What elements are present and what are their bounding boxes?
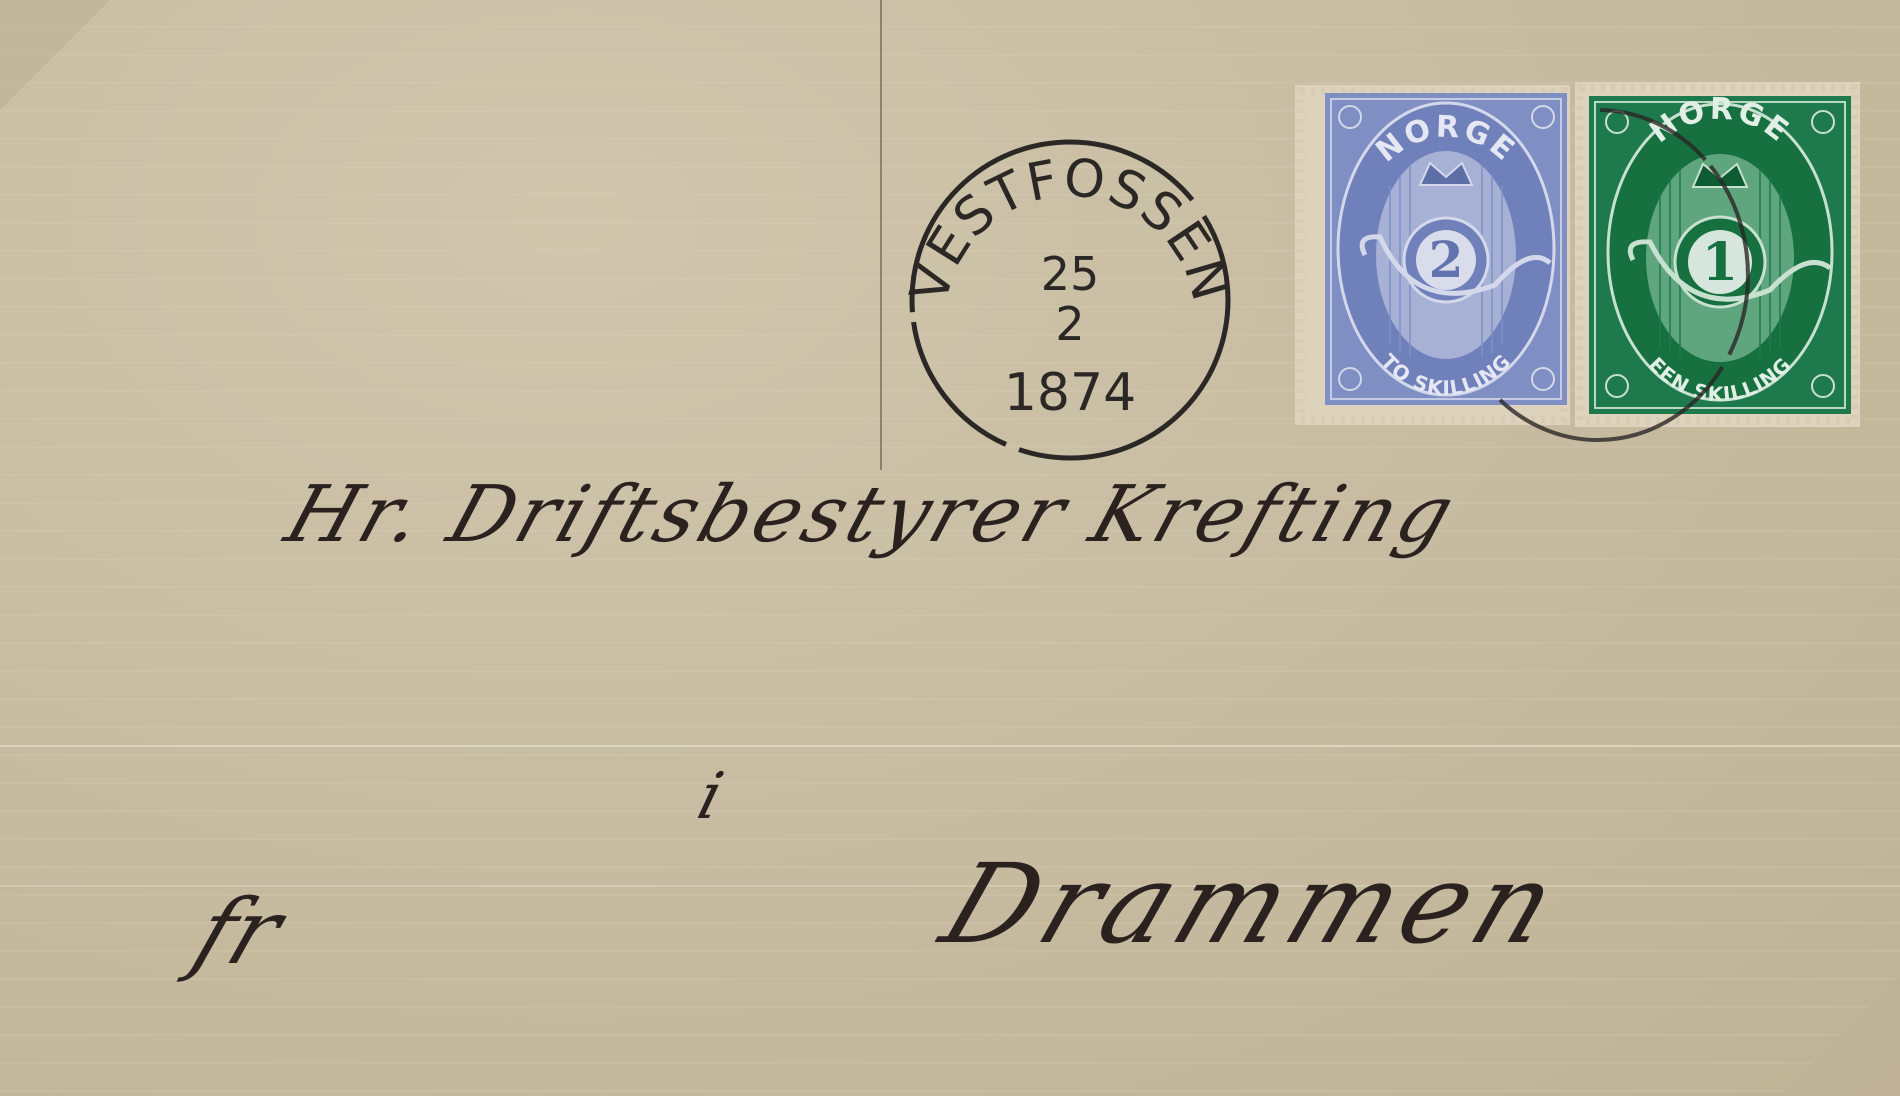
postmark-month: 2 xyxy=(1055,297,1084,351)
recipient-name: Hr. Driftsbestyrer Krefting xyxy=(275,470,1468,560)
postmark-strike-on-stamps xyxy=(1440,100,1770,450)
postmark-year: 1874 xyxy=(1004,363,1136,423)
folded-corner-top-left xyxy=(0,0,140,140)
address-line-1: Hr. Driftsbestyrer Krefting xyxy=(275,470,1468,560)
paper-fold xyxy=(880,0,882,470)
paper-fold xyxy=(0,745,1900,747)
destination-city: Drammen xyxy=(927,840,1581,968)
postmark-day: 25 xyxy=(1041,247,1100,301)
postmark: VESTFOSSEN 25 2 1874 xyxy=(905,135,1235,465)
address-line-3: Drammen xyxy=(927,840,1581,968)
folded-corner-bottom-right xyxy=(1760,956,1900,1096)
